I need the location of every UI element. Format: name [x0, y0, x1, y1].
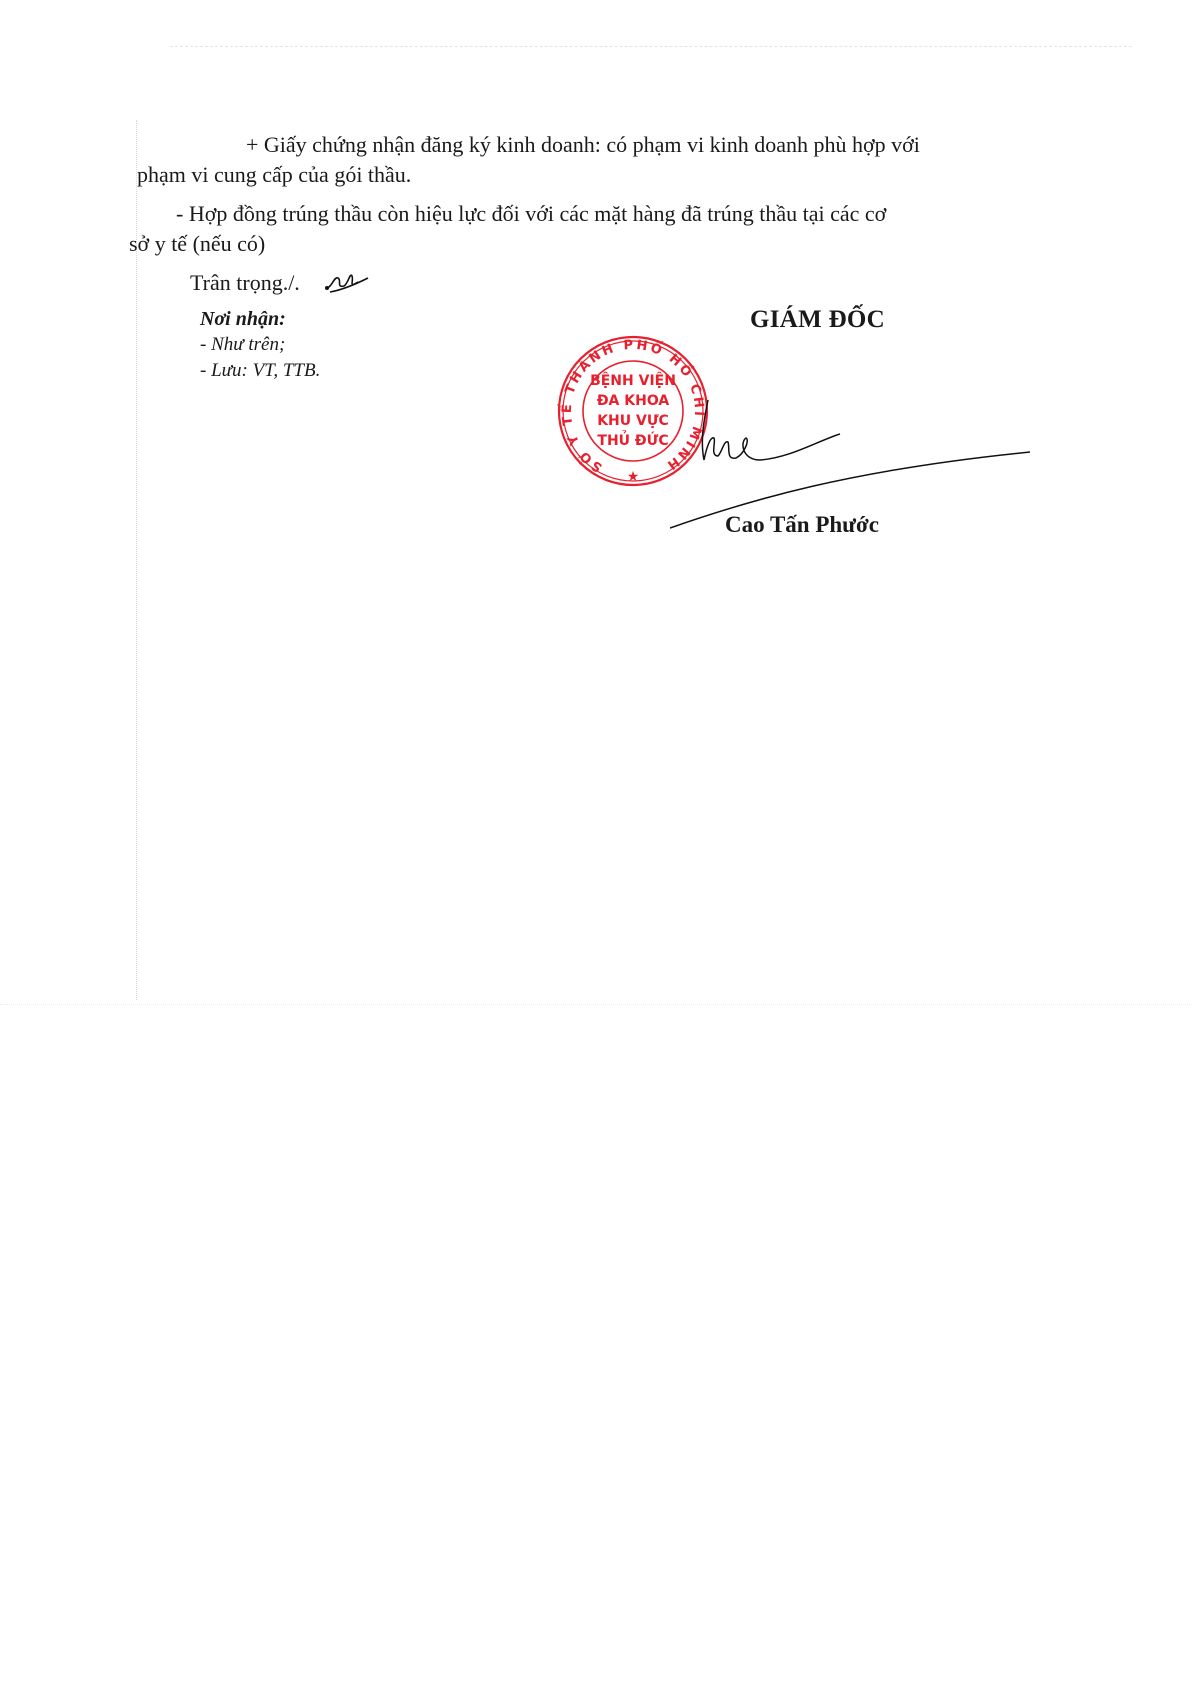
stamp-inner-line: KHU VỰC — [597, 413, 669, 429]
recipients-block: Nơi nhận: - Như trên; - Lưu: VT, TTB. — [200, 306, 320, 384]
stamp-inner-line: BỆNH VIỆN — [590, 371, 676, 389]
recipients-heading: Nơi nhận: — [200, 306, 320, 332]
paragraph-2-line-1: - Hợp đồng trúng thầu còn hiệu lực đối v… — [176, 199, 886, 229]
closing-line: Trân trọng./. — [190, 268, 300, 298]
initial-mark-icon — [322, 266, 372, 296]
scan-artifact-top — [170, 46, 1132, 47]
signer-name: Cao Tấn Phước — [725, 512, 879, 538]
paragraph-2-line-2: sở y tế (nếu có) — [129, 229, 265, 259]
paragraph-1-line-1: + Giấy chứng nhận đăng ký kinh doanh: có… — [246, 130, 920, 160]
stamp-inner-line: ĐA KHOA — [597, 393, 670, 409]
scan-artifact-fold — [0, 1004, 1192, 1005]
recipient-item: - Lưu: VT, TTB. — [200, 358, 320, 384]
stamp-star-icon: ★ — [627, 470, 640, 485]
signer-title: GIÁM ĐỐC — [750, 306, 885, 334]
recipient-item: - Như trên; — [200, 332, 320, 358]
paragraph-1-line-2: phạm vi cung cấp của gói thầu. — [137, 160, 411, 190]
stamp-inner-line: THỦ ĐỨC — [597, 430, 668, 449]
